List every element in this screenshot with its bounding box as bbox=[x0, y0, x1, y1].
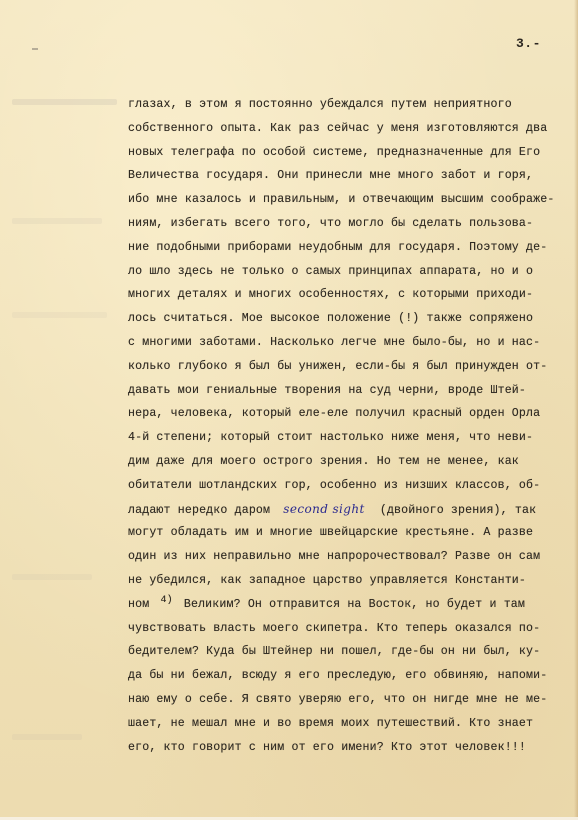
paper-edge-right bbox=[574, 0, 578, 820]
text-line: 4-й степени; который стоит настолько ниж… bbox=[128, 426, 568, 450]
text-line: его, кто говорит с ним от его имени? Кто… bbox=[128, 736, 568, 760]
text-line: давать мои гениальные творения на суд че… bbox=[128, 379, 568, 403]
text-line: ло шло здесь не только о самых принципах… bbox=[128, 260, 568, 284]
bleed-through-mark bbox=[12, 312, 107, 318]
text-line: глазах, в этом я постоянно убеждался пут… bbox=[128, 93, 568, 117]
bleed-through-mark bbox=[12, 574, 92, 580]
page-number: 3.- bbox=[516, 36, 541, 51]
text-line: шает, не мешал мне и во время моих путеш… bbox=[128, 712, 568, 736]
text-line: обитатели шотландских гор, особенно из н… bbox=[128, 474, 568, 498]
text-line: с многими заботами. Насколько легче мне … bbox=[128, 331, 568, 355]
text-segment: ладают нередко даром bbox=[128, 504, 270, 517]
text-line: чувствовать власть моего скипетра. Кто т… bbox=[128, 617, 568, 641]
text-line-with-footnote: ном 4) Великим? Он отправится на Восток,… bbox=[128, 593, 568, 617]
margin-ink-mark bbox=[32, 48, 38, 50]
text-line: ибо мне казалось и правильным, и отвечаю… bbox=[128, 188, 568, 212]
text-line: собственного опыта. Как раз сейчас у мен… bbox=[128, 117, 568, 141]
text-line-with-annotation: ладают нередко даром second sight (двойн… bbox=[128, 498, 568, 522]
text-line: колько глубоко я был бы унижен, если-бы … bbox=[128, 355, 568, 379]
text-segment: Великим? Он отправится на Восток, но буд… bbox=[184, 598, 525, 611]
document-page: 3.- глазах, в этом я постоянно убеждался… bbox=[0, 0, 578, 820]
bleed-through-mark bbox=[12, 734, 82, 740]
text-line: ние подобными приборами неудобным для го… bbox=[128, 236, 568, 260]
footnote-marker: 4) bbox=[156, 595, 176, 606]
text-line: лось считаться. Мое высокое положение (!… bbox=[128, 307, 568, 331]
text-line: бедителем? Куда бы Штейнер ни пошел, где… bbox=[128, 640, 568, 664]
text-line: ниям, избегать всего того, что могло бы … bbox=[128, 212, 568, 236]
text-line: многих деталях и многих особенностях, с … bbox=[128, 283, 568, 307]
text-line: могут обладать им и многие швейцарские к… bbox=[128, 521, 568, 545]
text-line: наю ему о себе. Я свято уверяю его, что … bbox=[128, 688, 568, 712]
typewritten-body: глазах, в этом я постоянно убеждался пут… bbox=[128, 93, 568, 759]
text-line: дим даже для моего острого зрения. Но те… bbox=[128, 450, 568, 474]
text-line: Величества государя. Они принесли мне мн… bbox=[128, 164, 568, 188]
bleed-through-mark bbox=[12, 99, 117, 105]
text-segment: ном bbox=[128, 598, 149, 611]
text-line: не убедился, как западное царство управл… bbox=[128, 569, 568, 593]
bleed-through-mark bbox=[12, 218, 102, 224]
handwritten-annotation: second sight bbox=[277, 502, 372, 516]
text-segment: (двойного зрения), так bbox=[380, 504, 536, 517]
text-line: один из них неправильно мне напророчеств… bbox=[128, 545, 568, 569]
text-line: да бы ни бежал, всюду я его преследую, е… bbox=[128, 664, 568, 688]
text-line: новых телеграфа по особой системе, предн… bbox=[128, 141, 568, 165]
text-line: нера, человека, который еле-еле получил … bbox=[128, 402, 568, 426]
